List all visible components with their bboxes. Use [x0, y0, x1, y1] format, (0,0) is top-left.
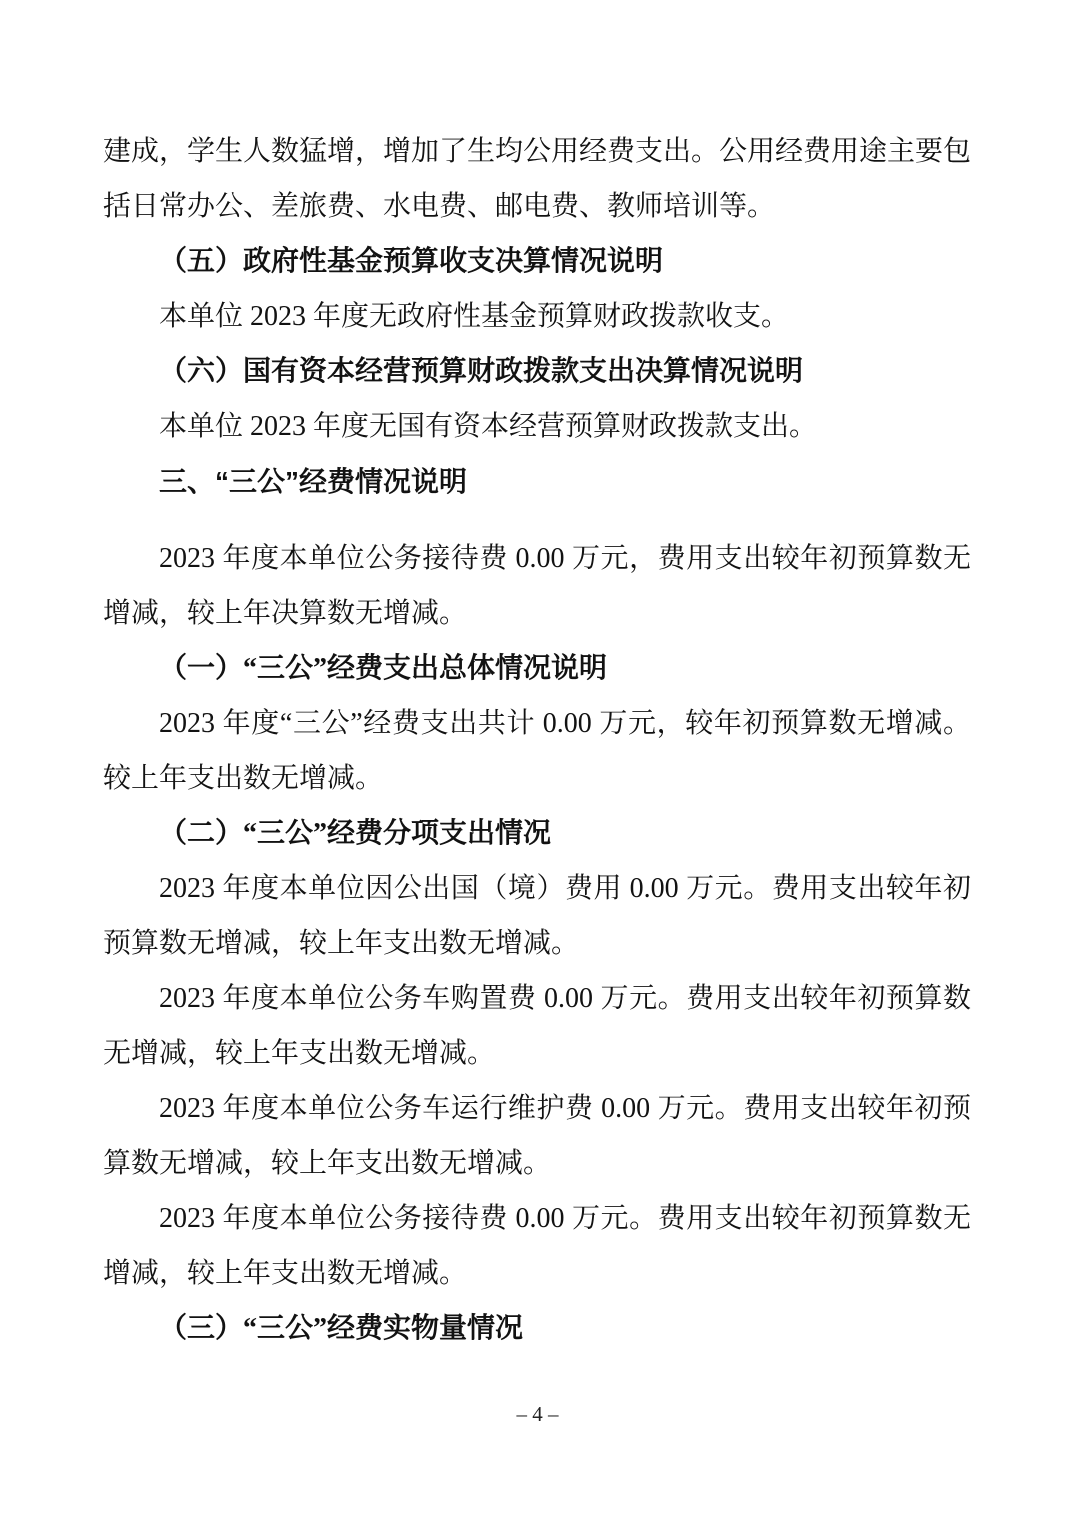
paragraph: 2023 年度本单位因公出国（境）费用 0.00 万元。费用支出较年初预算数无增…: [103, 861, 971, 971]
section-heading: （六）国有资本经营预算财政拨款支出决算情况说明: [103, 344, 971, 399]
section-heading: 三、“三公”经费情况说明: [103, 454, 971, 509]
section-heading: （一）“三公”经费支出总体情况说明: [103, 641, 971, 696]
paragraph: 2023 年度本单位公务接待费 0.00 万元，费用支出较年初预算数无增减，较上…: [103, 531, 971, 641]
section-heading: （三）“三公”经费实物量情况: [103, 1301, 971, 1356]
page-number: – 4 –: [0, 1399, 1075, 1429]
paragraph: 建成，学生人数猛增，增加了生均公用经费支出。公用经费用途主要包括日常办公、差旅费…: [103, 124, 971, 234]
paragraph: 本单位 2023 年度无国有资本经营预算财政拨款支出。: [103, 399, 971, 454]
paragraph: 2023 年度本单位公务车购置费 0.00 万元。费用支出较年初预算数无增减，较…: [103, 971, 971, 1081]
document-page: 建成，学生人数猛增，增加了生均公用经费支出。公用经费用途主要包括日常办公、差旅费…: [0, 0, 1075, 1520]
paragraph: 2023 年度“三公”经费支出共计 0.00 万元，较年初预算数无增减。较上年支…: [103, 696, 971, 806]
section-heading: （五）政府性基金预算收支决算情况说明: [103, 234, 971, 289]
document-body: 建成，学生人数猛增，增加了生均公用经费支出。公用经费用途主要包括日常办公、差旅费…: [103, 124, 971, 1356]
paragraph: 本单位 2023 年度无政府性基金预算财政拨款收支。: [103, 289, 971, 344]
paragraph: 2023 年度本单位公务接待费 0.00 万元。费用支出较年初预算数无增减，较上…: [103, 1191, 971, 1301]
section-heading: （二）“三公”经费分项支出情况: [103, 806, 971, 861]
paragraph: 2023 年度本单位公务车运行维护费 0.00 万元。费用支出较年初预算数无增减…: [103, 1081, 971, 1191]
